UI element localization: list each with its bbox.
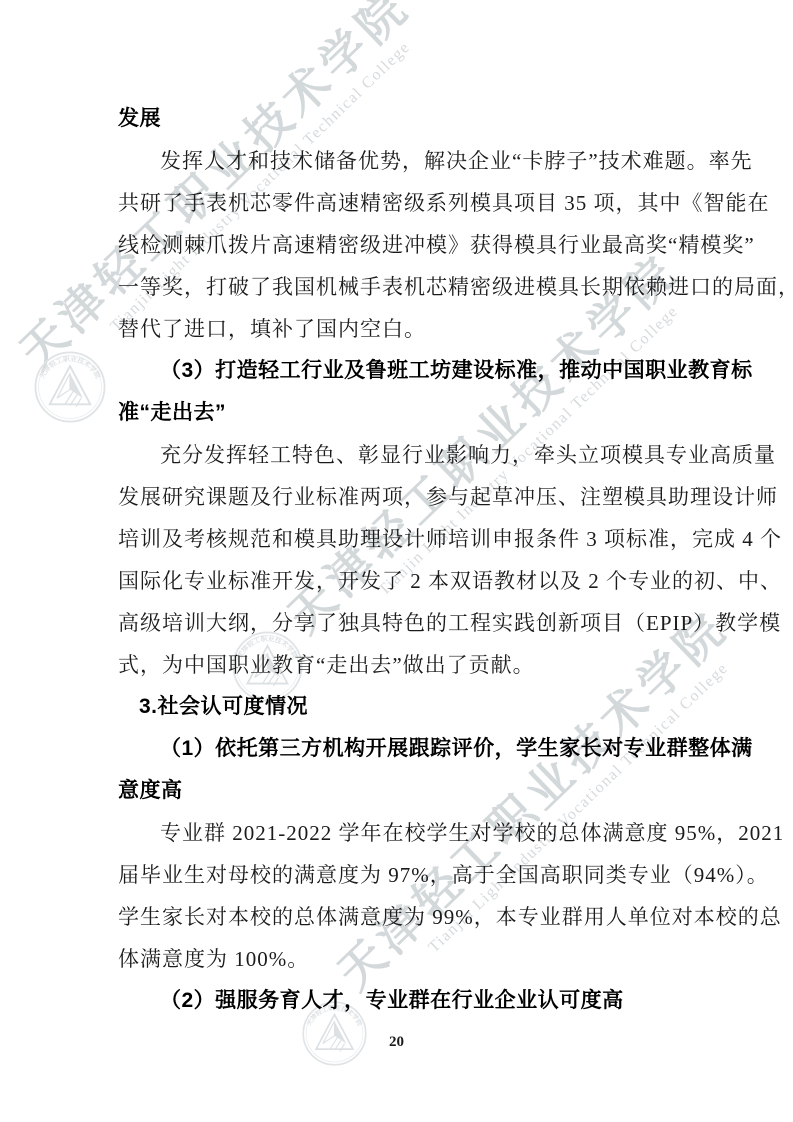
svg-text:天津轻工职业技术学院: 天津轻工职业技术学院 xyxy=(37,354,103,380)
document-body: 发展 发挥人才和技术储备优势，解决企业“卡脖子”技术难题。率先 共研了手表机芯零… xyxy=(118,98,680,1022)
body-text-line: 体满意度为 100%。 xyxy=(118,938,680,980)
body-text-line: 学生家长对本校的总体满意度为 99%，本专业群用人单位对本校的总 xyxy=(118,896,680,938)
heading-line: 3.社会认可度情况 xyxy=(118,686,680,728)
heading-line: 准“走出去” xyxy=(118,392,680,434)
heading-line: 发展 xyxy=(118,98,680,140)
body-text-line: 一等奖，打破了我国机械手表机芯精密级进模具长期依赖进口的局面， xyxy=(118,266,680,308)
body-text-line: 式，为中国职业教育“走出去”做出了贡献。 xyxy=(118,644,680,686)
body-text-line: 充分发挥轻工特色、彰显行业影响力，牵头立项模具专业高质量 xyxy=(118,434,680,476)
heading-line: （2）强服务育人才，专业群在行业企业认可度高 xyxy=(118,980,680,1022)
body-text-line: 共研了手表机芯零件高速精密级系列模具项目 35 项，其中《智能在 xyxy=(118,182,680,224)
body-text-line: 专业群 2021-2022 学年在校学生对学校的总体满意度 95%，2021 xyxy=(118,812,680,854)
heading-line: （3）打造轻工行业及鲁班工坊建设标准，推动中国职业教育标 xyxy=(118,350,680,392)
heading-line: （1）依托第三方机构开展跟踪评价，学生家长对专业群整体满 xyxy=(118,728,680,770)
body-text-line: 发展研究课题及行业标准两项，参与起草冲压、注塑模具助理设计师 xyxy=(118,476,680,518)
body-text-line: 高级培训大纲，分享了独具特色的工程实践创新项目（EPIP）教学模 xyxy=(118,602,680,644)
document-page: 天津轻工职业技术学院 Tianjin Light Industry Vocati… xyxy=(0,0,793,1122)
body-text-line: 线检测棘爪拨片高速精密级进冲模》获得模具行业最高奖“精模奖” xyxy=(118,224,680,266)
college-seal-icon: 天津轻工职业技术学院 xyxy=(33,350,107,424)
body-text-line: 发挥人才和技术储备优势，解决企业“卡脖子”技术难题。率先 xyxy=(118,140,680,182)
body-text-line: 届毕业生对母校的满意度为 97%，高于全国高职同类专业（94%）。 xyxy=(118,854,680,896)
body-text-line: 国际化专业标准开发，开发了 2 本双语教材以及 2 个专业的初、中、 xyxy=(118,560,680,602)
body-text-line: 培训及考核规范和模具助理设计师培训申报条件 3 项标准，完成 4 个 xyxy=(118,518,680,560)
page-number: 20 xyxy=(0,1034,793,1051)
heading-line: 意度高 xyxy=(118,770,680,812)
body-text-line: 替代了进口，填补了国内空白。 xyxy=(118,308,680,350)
